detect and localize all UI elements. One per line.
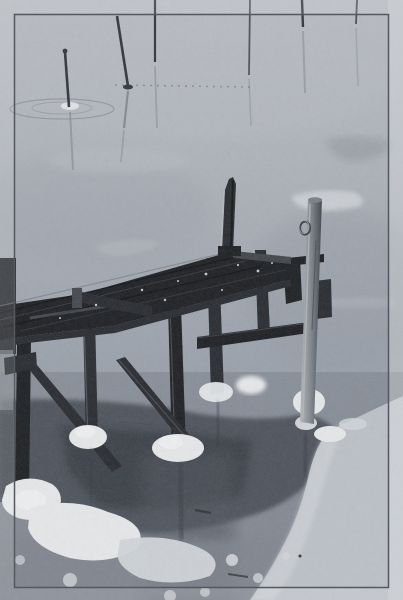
edge-wash-left (0, 14, 14, 587)
photograph-frozen-jetty (0, 0, 403, 600)
edge-wash-top (0, 0, 403, 14)
ice-mottle-overlay (0, 0, 403, 600)
edge-wash-bottom (0, 587, 403, 600)
photo-canvas (0, 0, 403, 600)
edge-wash-right-extra (388, 0, 403, 600)
